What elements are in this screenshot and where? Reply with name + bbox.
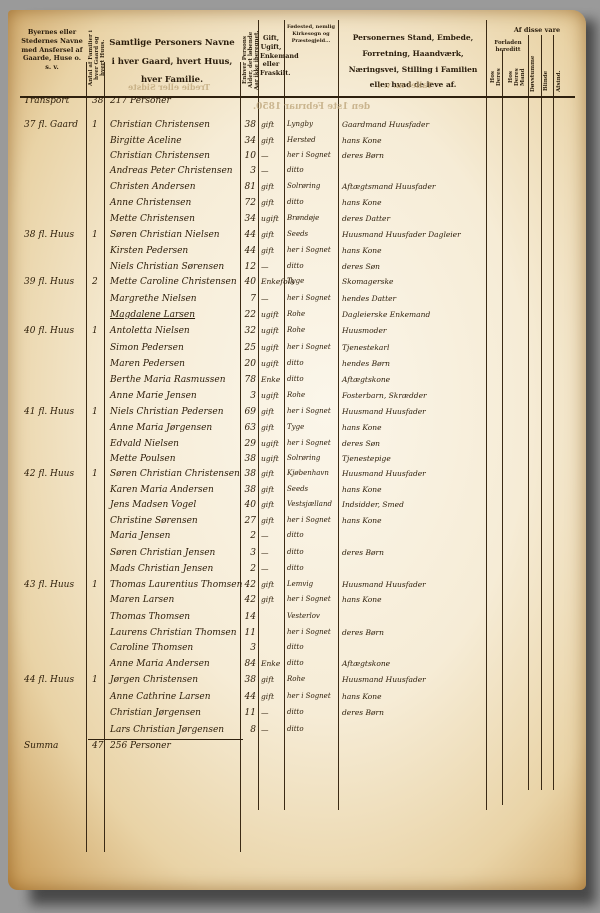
occupation-cell: hans Kone: [342, 692, 382, 701]
age-cell: 42: [242, 595, 256, 605]
name-cell: Berthe Maria Rasmussen: [110, 375, 226, 385]
birthplace-cell: Rohe: [287, 310, 305, 318]
civil-status-cell: gift: [261, 595, 274, 604]
name-cell: Anne Cathrine Larsen: [110, 692, 211, 702]
occupation-cell: deres Børn: [342, 548, 384, 557]
name-cell: Mette Christensen: [110, 214, 195, 224]
civil-status-cell: —: [261, 151, 269, 160]
age-cell: 44: [242, 230, 256, 240]
name-cell: 217 Personer: [110, 96, 171, 106]
occupation-cell: Huusmand Huusfader: [342, 580, 426, 589]
name-cell: Søren Christian Christensen: [110, 469, 240, 479]
occupation-cell: deres Børn: [342, 708, 384, 717]
name-cell: Karen Maria Andersen: [110, 485, 214, 495]
name-cell: Niels Christian Pedersen: [110, 407, 224, 417]
civil-status-cell: gift: [261, 120, 274, 129]
census-page: Byernes eller Stedernes Navne med Ansfer…: [8, 10, 586, 890]
families-cell: 1: [92, 469, 98, 479]
age-cell: 72: [242, 198, 256, 208]
birthplace-cell: her i Sognet: [287, 294, 331, 302]
civil-status-cell: ugift: [261, 214, 279, 223]
age-cell: 11: [242, 628, 256, 638]
name-cell: Margrethe Nielsen: [110, 294, 197, 304]
civil-status-cell: gift: [261, 675, 274, 684]
families-cell: 1: [92, 120, 98, 130]
name-cell: Niels Christian Sørensen: [110, 262, 224, 272]
birthplace-cell: her i Sognet: [287, 246, 331, 254]
header-place: Byernes eller Stedernes Navne med Ansfer…: [20, 28, 84, 72]
place-cell: 41 fl. Huus: [24, 407, 74, 417]
name-cell: Birgitte Aceline: [110, 136, 182, 146]
place-cell: 39 fl. Huus: [24, 277, 74, 287]
birthplace-cell: Tyge: [287, 277, 304, 285]
birthplace-cell: Brøndøje: [287, 214, 319, 222]
age-cell: 84: [242, 659, 256, 669]
header-right-v2: Hos Deres Mand: [508, 62, 522, 92]
occupation-cell: deres Søn: [342, 262, 380, 271]
age-cell: 44: [242, 692, 256, 702]
birthplace-cell: ditto: [287, 375, 304, 383]
birthplace-cell: ditto: [287, 262, 304, 270]
header-families: Antal af Familier i hver Gaard og hvert …: [88, 28, 102, 88]
name-cell: Mette Caroline Christensen: [110, 277, 237, 287]
age-cell: 10: [242, 151, 256, 161]
birthplace-cell: her i Sognet: [287, 595, 331, 603]
occupation-cell: deres Børn: [342, 151, 384, 160]
header-right-group: Af disse vare: [502, 26, 572, 35]
civil-status-cell: gift: [261, 692, 274, 701]
name-cell: Mette Poulsen: [110, 454, 176, 464]
birthplace-cell: Seeds: [287, 230, 308, 238]
age-cell: 78: [242, 375, 256, 385]
families-cell: 1: [92, 580, 98, 590]
name-cell: Lars Christian Jørgensen: [110, 725, 224, 735]
civil-status-cell: ugift: [261, 391, 279, 400]
name-cell: Edvald Nielsen: [110, 439, 179, 449]
header-birthplace: Fødested, nemlig Kirkesogn og Præstegjel…: [286, 24, 336, 44]
age-cell: 69: [242, 407, 256, 417]
families-cell: 1: [92, 230, 98, 240]
name-cell: Christian Jørgensen: [110, 708, 201, 718]
age-cell: 38: [242, 485, 256, 495]
families-cell: 2: [92, 277, 98, 287]
age-cell: 20: [242, 359, 256, 369]
age-cell: 32: [242, 326, 256, 336]
occupation-cell: hans Kone: [342, 198, 382, 207]
ghost-tallet: Tallet m. v. i: [378, 80, 433, 90]
birthplace-cell: Vestsjælland: [287, 500, 332, 508]
occupation-cell: Dagleierske Enkemand: [342, 310, 430, 319]
occupation-cell: Tjenestekarl: [342, 343, 389, 352]
age-cell: 2: [242, 564, 256, 574]
place-cell: 40 fl. Huus: [24, 326, 74, 336]
birthplace-cell: Kjøbenhavn: [287, 469, 329, 477]
civil-status-cell: —: [261, 708, 269, 717]
civil-status-cell: gift: [261, 500, 274, 509]
name-cell: Antoletta Nielsen: [110, 326, 190, 336]
name-cell: Maren Pedersen: [110, 359, 185, 369]
age-cell: 8: [242, 725, 256, 735]
age-cell: 14: [242, 612, 256, 622]
birthplace-cell: her i Sognet: [287, 151, 331, 159]
occupation-cell: Huusmand Huusfader Dagleier: [342, 230, 461, 239]
birthplace-cell: ditto: [287, 531, 304, 539]
occupation-cell: Huusmand Huusfader: [342, 469, 426, 478]
age-cell: 12: [242, 262, 256, 272]
age-cell: 40: [242, 277, 256, 287]
birthplace-cell: ditto: [287, 198, 304, 206]
civil-status-cell: gift: [261, 516, 274, 525]
civil-status-cell: ugift: [261, 359, 279, 368]
name-cell: Jens Madsen Vogel: [110, 500, 196, 510]
birthplace-cell: ditto: [287, 725, 304, 733]
place-cell: 42 fl. Huus: [24, 469, 74, 479]
occupation-cell: Huusmand Huusfader: [342, 675, 426, 684]
occupation-cell: Indsidder, Smed: [342, 500, 404, 509]
name-cell: Andreas Peter Christensen: [110, 166, 233, 176]
age-cell: 34: [242, 136, 256, 146]
age-cell: 81: [242, 182, 256, 192]
place-cell: 38 fl. Huus: [24, 230, 74, 240]
name-cell: Simon Pedersen: [110, 343, 184, 353]
header-right-sub: Forladen hereditt: [488, 40, 528, 55]
families-cell: 1: [92, 326, 98, 336]
birthplace-cell: Seeds: [287, 485, 308, 493]
civil-status-cell: Enke: [261, 375, 280, 384]
occupation-cell: hans Kone: [342, 485, 382, 494]
birthplace-cell: ditto: [287, 359, 304, 367]
occupation-cell: hans Kone: [342, 423, 382, 432]
civil-status-cell: ugift: [261, 310, 279, 319]
age-cell: 11: [242, 708, 256, 718]
civil-status-cell: gift: [261, 423, 274, 432]
birthplace-cell: Rohe: [287, 675, 305, 683]
name-cell: Anne Maria Andersen: [110, 659, 210, 669]
header-right-v5: Afsind.: [556, 70, 566, 92]
birthplace-cell: Solrøring: [287, 454, 320, 462]
name-cell: Laurens Christian Thomsen: [110, 628, 237, 638]
name-cell: Christine Sørensen: [110, 516, 198, 526]
birthplace-cell: Vesterlov: [287, 612, 320, 620]
age-cell: 38: [242, 120, 256, 130]
place-cell: Summa: [24, 741, 58, 751]
age-cell: 3: [242, 548, 256, 558]
civil-status-cell: ugift: [261, 343, 279, 352]
birthplace-cell: her i Sognet: [287, 516, 331, 524]
birthplace-cell: ditto: [287, 564, 304, 572]
age-cell: 27: [242, 516, 256, 526]
birthplace-cell: her i Sognet: [287, 628, 331, 636]
name-cell: Christian Christensen: [110, 151, 210, 161]
name-cell: Søren Christian Jensen: [110, 548, 215, 558]
header-civil: Gift, Ugift, Enkemand eller Fraskilt.: [260, 34, 282, 78]
birthplace-cell: Rohe: [287, 326, 305, 334]
occupation-cell: Huusmand Huusfader: [342, 407, 426, 416]
occupation-cell: Aftægtsmand Huusfader: [342, 182, 436, 191]
name-cell: Anne Marie Jensen: [110, 391, 197, 401]
place-cell: Transport: [24, 96, 69, 106]
civil-status-cell: gift: [261, 407, 274, 416]
occupation-cell: hendes Datter: [342, 294, 396, 303]
transport-row: Transport38217 Personer: [8, 92, 586, 114]
age-cell: 29: [242, 439, 256, 449]
civil-status-cell: gift: [261, 580, 274, 589]
birthplace-cell: Rohe: [287, 391, 305, 399]
civil-status-cell: gift: [261, 136, 274, 145]
age-cell: 34: [242, 214, 256, 224]
occupation-cell: Huusmoder: [342, 326, 387, 335]
age-cell: 38: [242, 675, 256, 685]
civil-status-cell: Enke: [261, 659, 280, 668]
header-right-v3: Døvstumme: [530, 62, 540, 92]
birthplace-cell: Lyngby: [287, 120, 313, 128]
civil-status-cell: —: [261, 564, 269, 573]
occupation-cell: hendes Børn: [342, 359, 390, 368]
occupation-cell: hans Kone: [342, 246, 382, 255]
occupation-cell: Aftægtskone: [342, 659, 390, 668]
name-cell: Christen Andersen: [110, 182, 196, 192]
age-cell: 3: [242, 643, 256, 653]
occupation-cell: hans Kone: [342, 516, 382, 525]
civil-status-cell: —: [261, 166, 269, 175]
summary-row: Summa47256 Personer: [8, 737, 586, 759]
occupation-cell: deres Datter: [342, 214, 390, 223]
age-cell: 38: [242, 454, 256, 464]
age-cell: 3: [242, 391, 256, 401]
name-cell: Maren Larsen: [110, 595, 174, 605]
place-cell: 37 fl. Gaard: [24, 120, 78, 130]
place-cell: 44 fl. Huus: [24, 675, 74, 685]
occupation-cell: deres Børn: [342, 628, 384, 637]
civil-status-cell: —: [261, 262, 269, 271]
name-cell: Søren Christian Nielsen: [110, 230, 220, 240]
occupation-cell: Aftægtskone: [342, 375, 390, 384]
occupation-cell: hans Kone: [342, 136, 382, 145]
civil-status-cell: gift: [261, 485, 274, 494]
civil-status-cell: gift: [261, 182, 274, 191]
name-cell: Anne Maria Jørgensen: [110, 423, 212, 433]
occupation-cell: Fosterbarn, Skrædder: [342, 391, 427, 400]
name-cell: 256 Personer: [110, 741, 171, 751]
age-cell: 44: [242, 246, 256, 256]
birthplace-cell: ditto: [287, 659, 304, 667]
civil-status-cell: —: [261, 294, 269, 303]
name-cell: Magdalene Larsen: [110, 310, 195, 320]
name-cell: Maria Jensen: [110, 531, 170, 541]
header-age: Enhver Persons Alder, det løbende Aar ik…: [242, 28, 256, 92]
header-right-v4: Blinde: [543, 70, 553, 92]
age-cell: 40: [242, 500, 256, 510]
name-cell: Anne Christensen: [110, 198, 191, 208]
families-cell: 47: [92, 741, 103, 751]
birthplace-cell: her i Sognet: [287, 439, 331, 447]
name-cell: Kirsten Pedersen: [110, 246, 188, 256]
birthplace-cell: ditto: [287, 548, 304, 556]
civil-status-cell: gift: [261, 469, 274, 478]
birthplace-cell: ditto: [287, 166, 304, 174]
birthplace-cell: ditto: [287, 643, 304, 651]
families-cell: 1: [92, 407, 98, 417]
civil-status-cell: —: [261, 531, 269, 540]
occupation-cell: Tjenestepige: [342, 454, 391, 463]
name-cell: Thomas Thomsen: [110, 612, 190, 622]
name-cell: Mads Christian Jensen: [110, 564, 213, 574]
occupation-cell: Skomagerske: [342, 277, 393, 286]
birthplace-cell: Lemvig: [287, 580, 313, 588]
civil-status-cell: ugift: [261, 439, 279, 448]
civil-status-cell: ugift: [261, 326, 279, 335]
families-cell: 38: [92, 96, 103, 106]
birthplace-cell: her i Sognet: [287, 692, 331, 700]
age-cell: 25: [242, 343, 256, 353]
name-cell: Caroline Thomsen: [110, 643, 193, 653]
name-cell: Thomas Laurentius Thomsen: [110, 580, 242, 590]
civil-status-cell: —: [261, 725, 269, 734]
civil-status-cell: gift: [261, 198, 274, 207]
birthplace-cell: her i Sognet: [287, 407, 331, 415]
birthplace-cell: Solrøring: [287, 182, 320, 190]
age-cell: 3: [242, 166, 256, 176]
civil-status-cell: ugift: [261, 454, 279, 463]
name-cell: Jørgen Christensen: [110, 675, 198, 685]
ghost-sidste: Tredie eller Sidste: [128, 82, 210, 92]
occupation-cell: deres Søn: [342, 439, 380, 448]
header-right-v1: Hos Deres: [490, 62, 500, 92]
birthplace-cell: Tyge: [287, 423, 304, 431]
age-cell: 2: [242, 531, 256, 541]
birthplace-cell: ditto: [287, 708, 304, 716]
civil-status-cell: gift: [261, 230, 274, 239]
age-cell: 22: [242, 310, 256, 320]
occupation-cell: hans Kone: [342, 595, 382, 604]
age-cell: 7: [242, 294, 256, 304]
civil-status-cell: —: [261, 548, 269, 557]
birthplace-cell: her i Sognet: [287, 343, 331, 351]
age-cell: 63: [242, 423, 256, 433]
age-cell: 38: [242, 469, 256, 479]
families-cell: 1: [92, 675, 98, 685]
birthplace-cell: Hersted: [287, 136, 316, 144]
name-cell: Christian Christensen: [110, 120, 210, 130]
civil-status-cell: gift: [261, 246, 274, 255]
place-cell: 43 fl. Huus: [24, 580, 74, 590]
occupation-cell: Gaardmand Huusfader: [342, 120, 429, 129]
age-cell: 42: [242, 580, 256, 590]
